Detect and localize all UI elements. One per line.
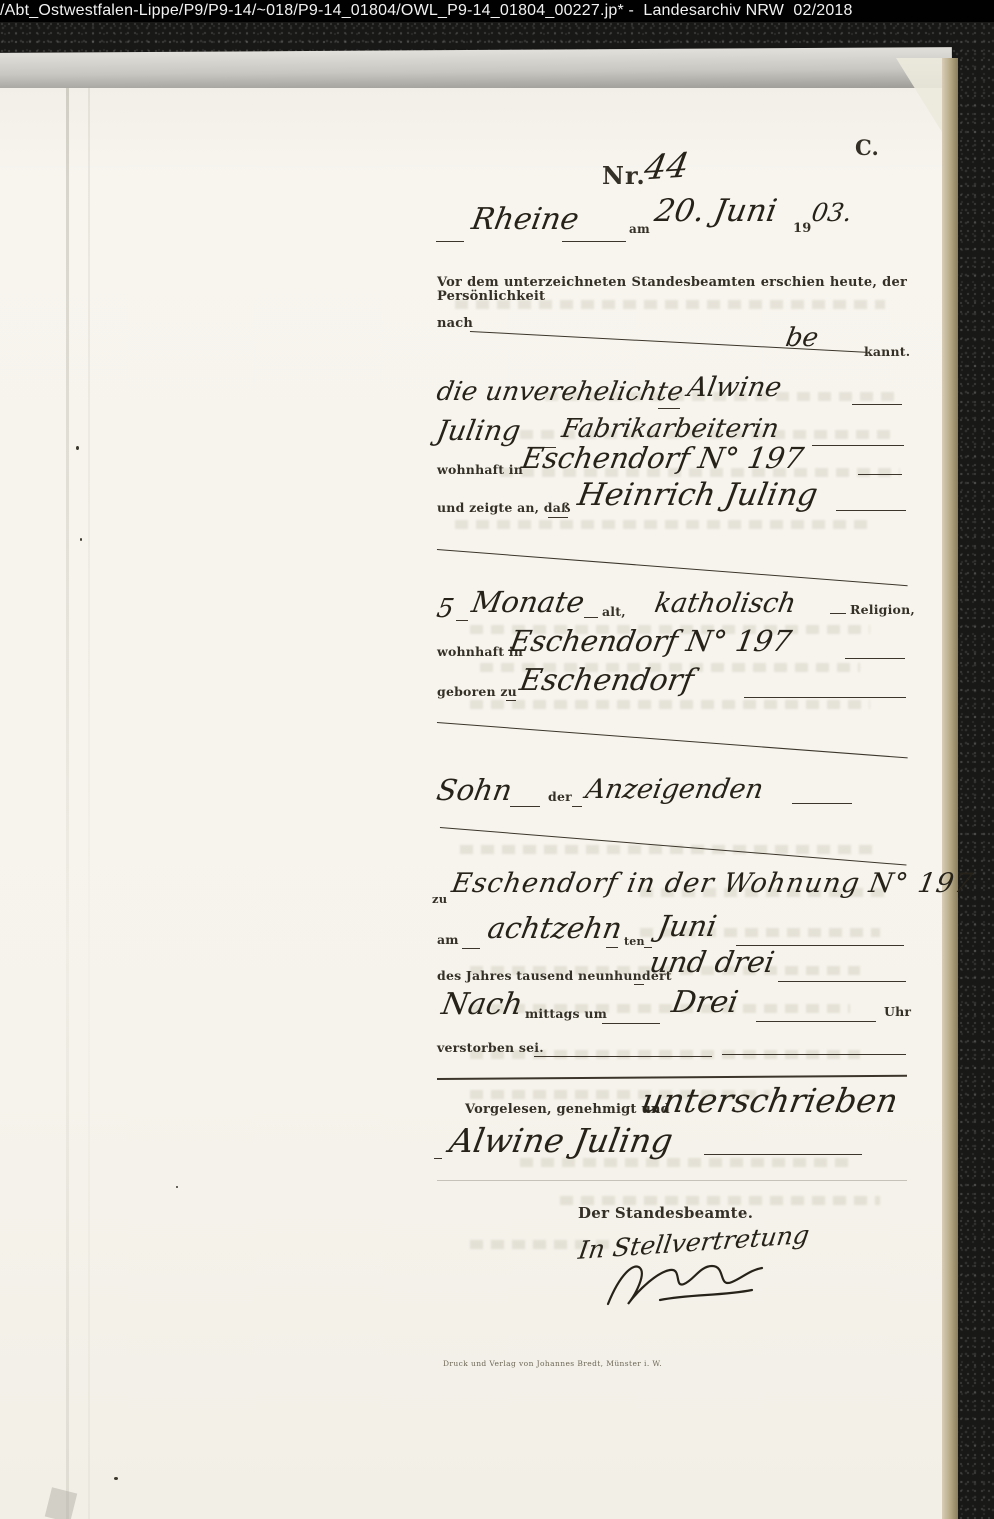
form-rule (510, 806, 540, 807)
deceased-name: Heinrich Juling (575, 480, 820, 511)
date-year-printed: 19 (793, 222, 812, 236)
record-number-value: 44 (642, 149, 692, 186)
form-rule (812, 445, 904, 446)
paper-speck (176, 1186, 178, 1188)
death-time-label: mittags um (525, 1007, 607, 1020)
form-rule (548, 517, 568, 518)
age-unit: Monate (469, 588, 586, 617)
bleedthrough-text (455, 520, 875, 529)
window-title-bar: /Abt_Ostwestfalen-Lippe/P9/P9-14/~018/P9… (0, 0, 994, 22)
death-year-label: des Jahres tausend neunhundert (437, 969, 672, 982)
declarant-occupation: Fabrikarbeiterin (560, 416, 781, 442)
corner-mark: C. (855, 137, 879, 159)
date-year-written: 03. (810, 200, 854, 225)
registrar-label: Der Standesbeamte. (578, 1206, 753, 1222)
residence1-value: Eschendorf N° 197 (519, 444, 805, 473)
form-rule (778, 981, 906, 982)
residence1-label: wohnhaft in (437, 463, 523, 476)
form-rule (830, 613, 846, 614)
form-rule (602, 1023, 660, 1024)
place-value: Rheine (469, 205, 581, 235)
religion-label: Religion, (850, 603, 915, 616)
form-rule (437, 1180, 907, 1181)
death-time-prefix: Nach (439, 990, 525, 1020)
intro-nach-label: nach (437, 317, 473, 331)
date-day-month: 20. Juni (652, 196, 779, 227)
intro-line: Vor dem unterzeichneten Standesbeamten e… (437, 276, 907, 303)
paper-speck (80, 538, 82, 541)
form-rule (506, 700, 516, 701)
page-block-edge (942, 58, 958, 1519)
death-year-value: und drei (647, 948, 776, 977)
form-rule (584, 617, 598, 618)
form-rule (722, 1054, 906, 1055)
printer-imprint: Druck und Verlag von Johannes Bredt, Mün… (443, 1360, 662, 1368)
date-am-label: am (629, 223, 650, 236)
record-number-label: Nr. (602, 163, 646, 188)
form-rule (858, 474, 902, 475)
form-rule (462, 948, 480, 949)
paper-speck (76, 446, 79, 450)
form-rule (436, 241, 464, 242)
death-date-ten-suffix: ten (624, 936, 645, 948)
form-rule (756, 1021, 876, 1022)
bleedthrough-text (470, 700, 870, 709)
relation-role: Sohn (434, 776, 514, 805)
binding-crease (88, 88, 90, 1519)
death-date-am-label: am (437, 933, 459, 946)
form-rule (644, 947, 652, 948)
death-date-day: achtzehn (485, 914, 624, 943)
born-value: Eschendorf (517, 666, 695, 696)
religion-value: katholisch (653, 590, 798, 617)
registrar-signature-flourish (600, 1254, 780, 1314)
paper-speck (114, 1477, 118, 1480)
born-label: geboren zu (437, 685, 517, 698)
closing-written: unterschrieben (639, 1084, 900, 1117)
form-rule (634, 984, 644, 985)
form-rule (852, 404, 902, 405)
residence2-value: Eschendorf N° 197 (507, 627, 793, 656)
age-alt-label: alt, (602, 605, 626, 618)
form-rule (836, 510, 906, 511)
died-label: verstorben sei. (437, 1041, 544, 1054)
form-rule (792, 803, 852, 804)
relation-target: Anzeigenden (584, 776, 766, 803)
death-place-zu-label: zu (432, 893, 447, 905)
relation-of-label: der (548, 790, 572, 803)
form-rule (456, 620, 468, 621)
form-rule (845, 658, 905, 659)
form-rule (572, 806, 582, 807)
form-rule (744, 697, 906, 698)
declarant-phrase: die unverehelichte (435, 379, 685, 405)
death-date-month: Juni (655, 912, 718, 941)
death-time-value: Drei (669, 988, 740, 1018)
form-rule (434, 1158, 442, 1159)
known-prefix-written: be (784, 325, 821, 351)
window-title: /Abt_Ostwestfalen-Lippe/P9/P9-14/~018/P9… (0, 2, 853, 19)
scan-photo: C. Nr. 44 Rheine am 20. Juni 19 03. Vor … (0, 22, 994, 1519)
binding-crease (66, 88, 69, 1519)
report-label: und zeigte an, daß (437, 501, 571, 514)
form-rule (606, 947, 618, 948)
death-time-uhr-label: Uhr (884, 1005, 911, 1018)
viewer-window: /Abt_Ostwestfalen-Lippe/P9/P9-14/~018/P9… (0, 0, 994, 1519)
declarant-name: Alwine (686, 374, 784, 401)
form-rule (704, 1154, 862, 1155)
form-rule (562, 241, 626, 242)
declarant-signature: Alwine Juling (447, 1124, 675, 1157)
declarant-surname: Juling (435, 417, 523, 445)
form-rule (658, 408, 680, 409)
known-printed: kannt. (864, 345, 910, 358)
death-place-value: Eschendorf in der Wohnung N° 197 (450, 870, 975, 897)
form-rule (534, 1056, 712, 1057)
